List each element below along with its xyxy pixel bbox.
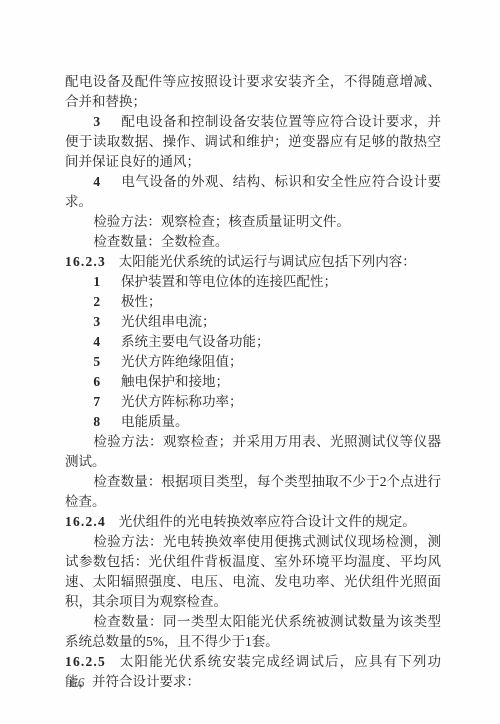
page-body-text: 配电设备及配件等应按照设计要求安装齐全，不得随意增减、合并和替换； 3配电设备和… [65,72,441,692]
item-text: 极性； [121,294,162,309]
clause-text: 光伏组件的光电转换效率应符合设计文件的规定。 [119,514,416,529]
paragraph-text: 检查数量：全数检查。 [93,234,228,249]
item-text: 光伏方阵标称功率； [121,394,243,409]
paragraph-text: 检验方法：观察检查；并采用万用表、光照测试仪等仪器测试。 [65,434,441,469]
paragraph-text: 检验方法：观察检查；核查质量证明文件。 [93,214,350,229]
paragraph-text: 检查数量：根据项目类型，每个类型抽取不少于2个点进行检查。 [65,474,441,509]
inspection-quantity-paragraph: 检查数量：全数检查。 [65,232,441,252]
item-text: 保护装置和等电位体的连接匹配性； [121,274,337,289]
paragraph-continuation: 配电设备及配件等应按照设计要求安装齐全，不得随意增减、合并和替换； [65,72,441,112]
inspection-method-paragraph: 检验方法：观察检查；并采用万用表、光照测试仪等仪器测试。 [65,432,441,472]
item-number: 4 [93,334,100,349]
numbered-item: 6触电保护和接地； [65,372,441,392]
paragraph-text: 配电设备及配件等应按照设计要求安装齐全，不得随意增减、合并和替换； [65,74,441,109]
item-number: 1 [93,274,100,289]
numbered-item: 3配电设备和控制设备安装位置等应符合设计要求，并便于读取数据、操作、调试和维护；… [65,112,441,172]
item-number: 3 [93,114,100,129]
item-text: 触电保护和接地； [121,374,229,389]
page-number: 66 [70,675,86,691]
numbered-item: 2极性； [65,292,441,312]
numbered-item: 8电能质量。 [65,412,441,432]
inspection-method-paragraph: 检验方法：光电转换效率使用便携式测试仪现场检测，测试参数包括：光伏组件背板温度、… [65,532,441,612]
item-text: 光伏方阵绝缘阻值； [121,354,243,369]
paragraph-text: 检验方法：光电转换效率使用便携式测试仪现场检测，测试参数包括：光伏组件背板温度、… [65,534,441,609]
item-text: 光伏组串电流； [121,314,216,329]
paragraph-text: 检查数量：同一类型太阳能光伏系统被测试数量为该类型系统总数量的5%，且不得少于1… [65,614,441,649]
clause-16-2-3: 16.2.3太阳能光伏系统的试运行与调试应包括下列内容： [65,252,441,272]
clause-number: 16.2.4 [65,514,106,529]
clause-number: 16.2.5 [65,654,106,669]
numbered-item: 5光伏方阵绝缘阻值； [65,352,441,372]
item-text: 电气设备的外观、结构、标识和安全性应符合设计要求。 [65,174,441,209]
item-number: 7 [93,394,100,409]
item-text: 配电设备和控制设备安装位置等应符合设计要求，并便于读取数据、操作、调试和维护；逆… [65,114,441,169]
numbered-item: 4系统主要电气设备功能； [65,332,441,352]
item-number: 6 [93,374,100,389]
inspection-quantity-paragraph: 检查数量：同一类型太阳能光伏系统被测试数量为该类型系统总数量的5%，且不得少于1… [65,612,441,652]
numbered-item: 4电气设备的外观、结构、标识和安全性应符合设计要求。 [65,172,441,212]
item-text: 系统主要电气设备功能； [121,334,270,349]
item-number: 3 [93,314,100,329]
numbered-item: 7光伏方阵标称功率； [65,392,441,412]
clause-text: 太阳能光伏系统安装完成经调试后，应具有下列功能，并符合设计要求： [65,654,441,689]
clause-number: 16.2.3 [65,254,106,269]
item-number: 2 [93,294,100,309]
document-page: 配电设备及配件等应按照设计要求安装齐全，不得随意增减、合并和替换； 3配电设备和… [0,0,500,724]
clause-16-2-4: 16.2.4光伏组件的光电转换效率应符合设计文件的规定。 [65,512,441,532]
numbered-item: 3光伏组串电流； [65,312,441,332]
numbered-item: 1保护装置和等电位体的连接匹配性； [65,272,441,292]
item-number: 5 [93,354,100,369]
inspection-quantity-paragraph: 检查数量：根据项目类型，每个类型抽取不少于2个点进行检查。 [65,472,441,512]
item-number: 8 [93,414,100,429]
clause-16-2-5: 16.2.5太阳能光伏系统安装完成经调试后，应具有下列功能，并符合设计要求： [65,652,441,692]
item-number: 4 [93,174,100,189]
inspection-method-paragraph: 检验方法：观察检查；核查质量证明文件。 [65,212,441,232]
item-text: 电能质量。 [121,414,189,429]
clause-text: 太阳能光伏系统的试运行与调试应包括下列内容： [119,254,416,269]
